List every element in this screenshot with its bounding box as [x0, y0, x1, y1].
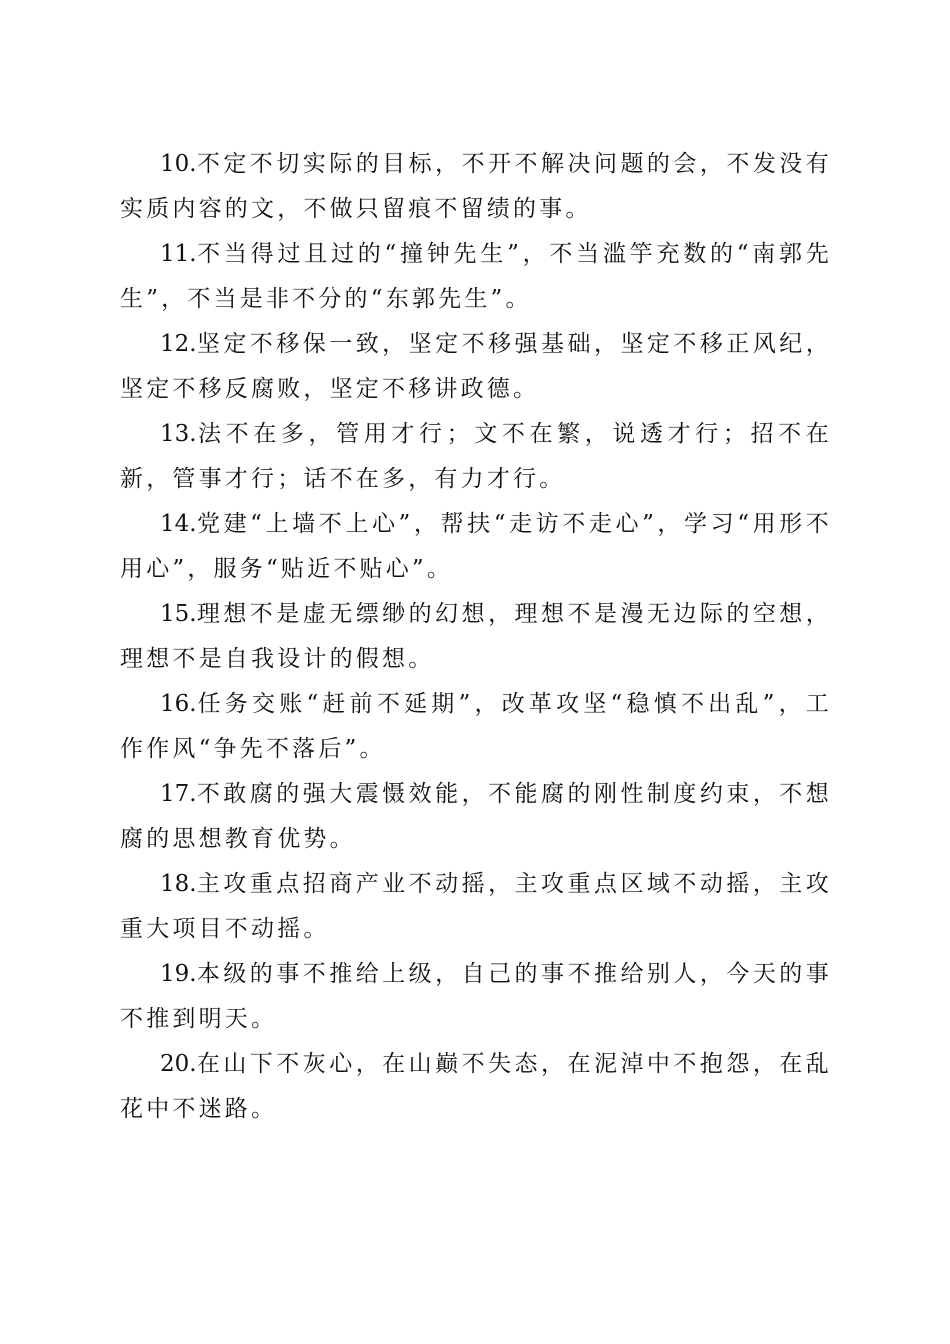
paragraph-number: 10.	[160, 151, 197, 177]
paragraph-number: 16.	[160, 691, 197, 717]
paragraph-11: 11.不当得过且过的“撞钟先生”，不当滥竽充数的“南郭先生”，不当是非不分的“东…	[120, 232, 832, 322]
paragraph-12: 12.坚定不移保一致，坚定不移强基础，坚定不移正风纪，坚定不移反腐败，坚定不移讲…	[120, 322, 832, 412]
paragraph-13: 13.法不在多，管用才行；文不在繁，说透才行；招不在新，管事才行；话不在多，有力…	[120, 412, 832, 502]
paragraph-10: 10.不定不切实际的目标，不开不解决问题的会，不发没有实质内容的文，不做只留痕不…	[120, 142, 832, 232]
paragraph-18: 18.主攻重点招商产业不动摇，主攻重点区域不动摇，主攻重大项目不动摇。	[120, 862, 832, 952]
paragraph-number: 11.	[160, 241, 197, 267]
paragraph-text: 不敢腐的强大震慑效能，不能腐的刚性制度约束，不想腐的思想教育优势。	[120, 781, 832, 852]
document-page: 10.不定不切实际的目标，不开不解决问题的会，不发没有实质内容的文，不做只留痕不…	[120, 142, 832, 1132]
paragraph-number: 15.	[160, 601, 197, 627]
paragraph-number: 17.	[160, 781, 197, 807]
paragraph-text: 不当得过且过的“撞钟先生”，不当滥竽充数的“南郭先生”，不当是非不分的“东郭先生…	[120, 241, 832, 312]
paragraph-15: 15.理想不是虚无缥缈的幻想，理想不是漫无边际的空想，理想不是自我设计的假想。	[120, 592, 832, 682]
paragraph-text: 不定不切实际的目标，不开不解决问题的会，不发没有实质内容的文，不做只留痕不留绩的…	[120, 151, 832, 222]
paragraph-text: 坚定不移保一致，坚定不移强基础，坚定不移正风纪，坚定不移反腐败，坚定不移讲政德。	[120, 331, 832, 402]
paragraph-number: 18.	[160, 871, 197, 897]
paragraph-number: 20.	[160, 1051, 197, 1077]
paragraph-text: 主攻重点招商产业不动摇，主攻重点区域不动摇，主攻重大项目不动摇。	[120, 871, 832, 942]
paragraph-17: 17.不敢腐的强大震慑效能，不能腐的刚性制度约束，不想腐的思想教育优势。	[120, 772, 832, 862]
paragraph-text: 本级的事不推给上级，自己的事不推给别人，今天的事不推到明天。	[120, 961, 832, 1032]
paragraph-text: 党建“上墙不上心”，帮扶“走访不走心”，学习“用形不用心”，服务“贴近不贴心”。	[120, 511, 832, 582]
paragraph-number: 19.	[160, 961, 197, 987]
paragraph-text: 理想不是虚无缥缈的幻想，理想不是漫无边际的空想，理想不是自我设计的假想。	[120, 601, 832, 672]
paragraph-number: 14.	[160, 511, 197, 537]
paragraph-19: 19.本级的事不推给上级，自己的事不推给别人，今天的事不推到明天。	[120, 952, 832, 1042]
paragraph-14: 14.党建“上墙不上心”，帮扶“走访不走心”，学习“用形不用心”，服务“贴近不贴…	[120, 502, 832, 592]
paragraph-number: 13.	[160, 421, 197, 447]
paragraph-text: 在山下不灰心，在山巅不失态，在泥淖中不抱怨，在乱花中不迷路。	[120, 1051, 832, 1122]
paragraph-text: 法不在多，管用才行；文不在繁，说透才行；招不在新，管事才行；话不在多，有力才行。	[120, 421, 832, 492]
paragraph-16: 16.任务交账“赶前不延期”，改革攻坚“稳慎不出乱”，工作作风“争先不落后”。	[120, 682, 832, 772]
paragraph-number: 12.	[160, 331, 197, 357]
paragraph-20: 20.在山下不灰心，在山巅不失态，在泥淖中不抱怨，在乱花中不迷路。	[120, 1042, 832, 1132]
paragraph-text: 任务交账“赶前不延期”，改革攻坚“稳慎不出乱”，工作作风“争先不落后”。	[120, 691, 832, 762]
